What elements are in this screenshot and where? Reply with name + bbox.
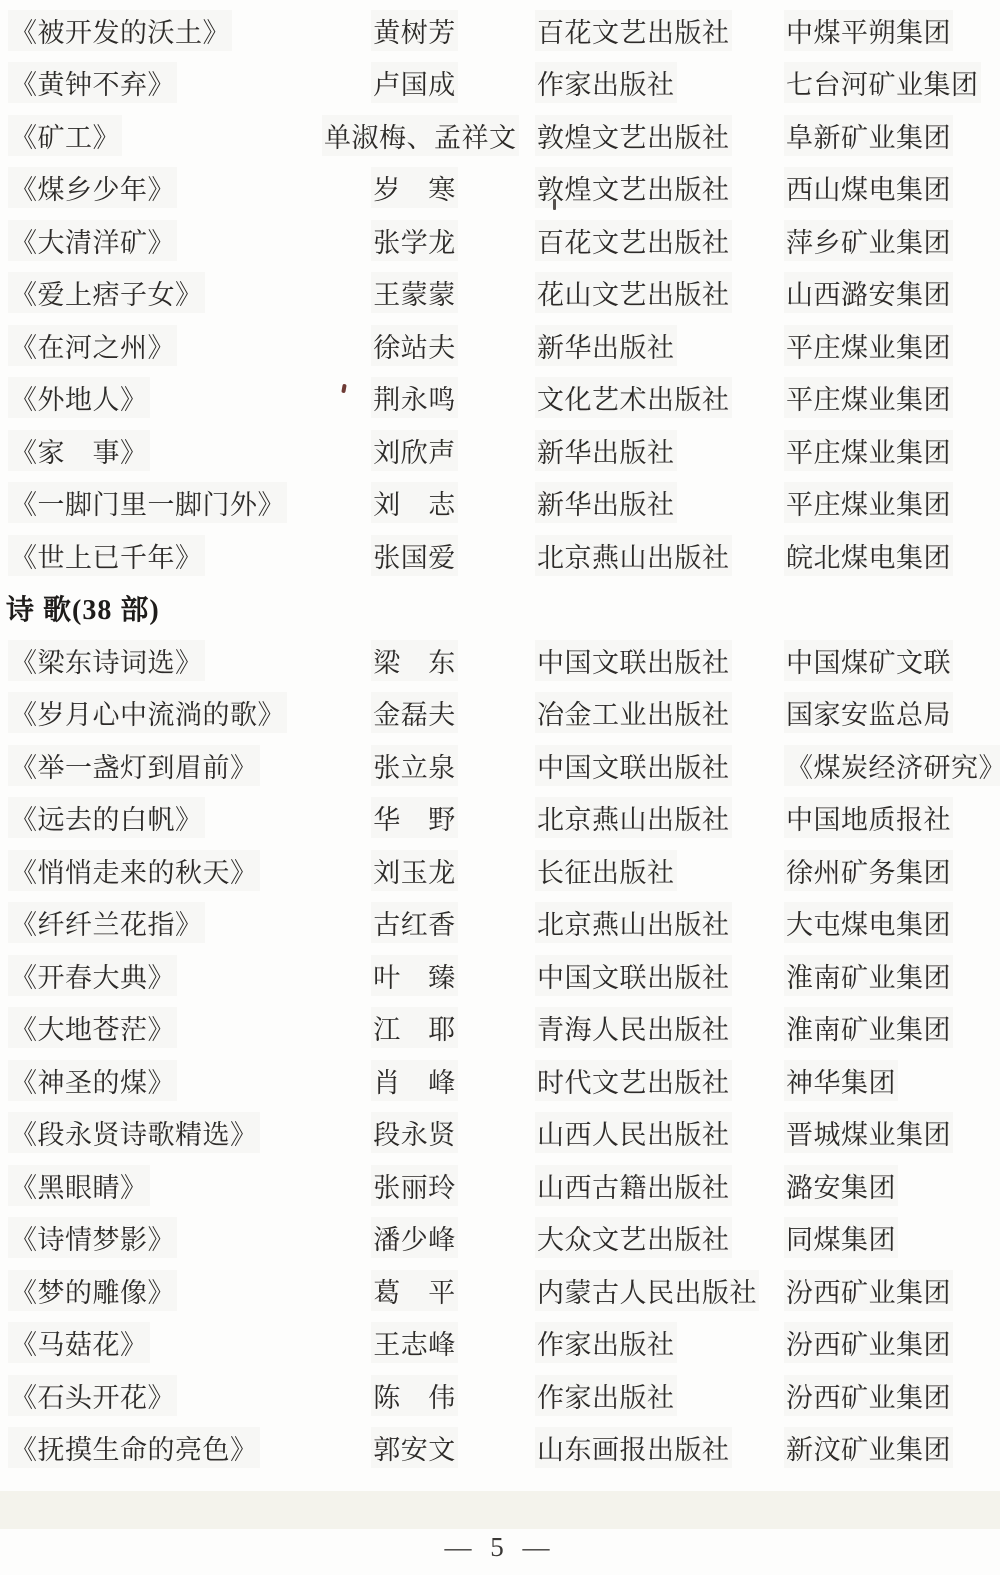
page-number: — 5 — (445, 1532, 556, 1562)
book-author: 张丽玲 (371, 1165, 458, 1206)
book-organization: 大屯煤电集团 (784, 902, 953, 943)
book-publisher: 新华出版社 (535, 430, 677, 471)
book-title: 《马菇花》 (8, 1322, 150, 1363)
book-publisher: 文化艺术出版社 (535, 377, 732, 418)
book-author: 华 野 (371, 797, 458, 838)
book-author: 张立泉 (371, 745, 458, 786)
book-organization: 神华集团 (784, 1060, 898, 1101)
book-organization: 同煤集团 (784, 1217, 898, 1258)
book-organization: 淮南矿业集团 (784, 1007, 953, 1048)
book-organization: 《煤炭经济研究》 (784, 745, 1000, 786)
book-author: 叶 臻 (371, 955, 458, 996)
book-row: 《大清洋矿》 张学龙 百花文艺出版社 萍乡矿业集团 (0, 214, 1000, 267)
book-row: 《世上已千年》 张国爱 北京燕山出版社 皖北煤电集团 (0, 529, 1000, 582)
book-title: 《世上已千年》 (8, 535, 205, 576)
book-title: 《段永贤诗歌精选》 (8, 1112, 260, 1153)
book-title: 《诗情梦影》 (8, 1217, 177, 1258)
book-publisher: 山西人民出版社 (535, 1112, 732, 1153)
book-author: 郭安文 (371, 1427, 458, 1468)
page-footer: — 5 — (0, 1532, 1000, 1563)
book-title: 《在河之州》 (8, 325, 177, 366)
book-publisher: 新华出版社 (535, 325, 677, 366)
book-author: 刘 志 (371, 482, 458, 523)
book-title: 《被开发的沃土》 (8, 10, 232, 51)
book-row: 《被开发的沃土》 黄树芳 百花文艺出版社 中煤平朔集团 (0, 4, 1000, 57)
book-organization: 平庄煤业集团 (784, 377, 953, 418)
book-author: 单淑梅、孟祥文 (322, 115, 519, 156)
book-row: 《抚摸生命的亮色》 郭安文 山东画报出版社 新汶矿业集团 (0, 1422, 1000, 1475)
book-publisher: 山西古籍出版社 (535, 1165, 732, 1206)
book-organization: 晋城煤业集团 (784, 1112, 953, 1153)
book-row: 《梁东诗词选》 梁 东 中国文联出版社 中国煤矿文联 (0, 634, 1000, 687)
book-author: 陈 伟 (371, 1375, 458, 1416)
book-organization: 萍乡矿业集团 (784, 220, 953, 261)
book-row: 《爱上痞子女》 王蒙蒙 花山文艺出版社 山西潞安集团 (0, 267, 1000, 320)
book-row: 《悄悄走来的秋天》 刘玉龙 长征出版社 徐州矿务集团 (0, 844, 1000, 897)
book-author: 黄树芳 (371, 10, 458, 51)
book-organization: 山西潞安集团 (784, 272, 953, 313)
book-row: 《煤乡少年》 岁 寒 敦煌文艺出版社 西山煤电集团 (0, 162, 1000, 215)
book-publisher: 内蒙古人民出版社 (535, 1270, 759, 1311)
book-publisher: 北京燕山出版社 (535, 902, 732, 943)
book-row: 《举一盏灯到眉前》 张立泉 中国文联出版社 《煤炭经济研究》 (0, 739, 1000, 792)
book-title: 《神圣的煤》 (8, 1060, 177, 1101)
section-header: 诗 歌(38 部) (6, 588, 160, 628)
book-organization: 汾西矿业集团 (784, 1322, 953, 1363)
book-author: 葛 平 (371, 1270, 458, 1311)
book-publisher: 百花文艺出版社 (535, 220, 732, 261)
book-row: 《在河之州》 徐站夫 新华出版社 平庄煤业集团 (0, 319, 1000, 372)
book-title: 《家 事》 (8, 430, 150, 471)
book-row: 《外地人》 荆永鸣 文化艺术出版社 平庄煤业集团 (0, 372, 1000, 425)
book-organization: 潞安集团 (784, 1165, 898, 1206)
book-publisher: 作家出版社 (535, 1322, 677, 1363)
book-publisher: 敦煌文艺出版社 (535, 115, 732, 156)
book-title: 《黑眼睛》 (8, 1165, 150, 1206)
book-organization: 皖北煤电集团 (784, 535, 953, 576)
book-author: 岁 寒 (371, 167, 458, 208)
book-author: 荆永鸣 (371, 377, 458, 418)
book-row: 《远去的白帆》 华 野 北京燕山出版社 中国地质报社 (0, 792, 1000, 845)
book-organization: 汾西矿业集团 (784, 1375, 953, 1416)
book-publisher: 作家出版社 (535, 1375, 677, 1416)
book-author: 王蒙蒙 (371, 272, 458, 313)
book-author: 刘玉龙 (371, 850, 458, 891)
book-publisher: 中国文联出版社 (535, 955, 732, 996)
book-title: 《一脚门里一脚门外》 (8, 482, 287, 523)
book-row: 《黑眼睛》 张丽玲 山西古籍出版社 潞安集团 (0, 1159, 1000, 1212)
scan-artifact-tick (553, 199, 556, 210)
book-author: 卢国成 (371, 62, 458, 103)
footer-shade-band (0, 1491, 1000, 1529)
book-row: 《诗情梦影》 潘少峰 大众文艺出版社 同煤集团 (0, 1212, 1000, 1265)
book-author: 梁 东 (371, 640, 458, 681)
scanned-page: 《被开发的沃土》 黄树芳 百花文艺出版社 中煤平朔集团 《黄钟不弃》 卢国成 作… (0, 0, 1000, 1575)
book-title: 《外地人》 (8, 377, 150, 418)
book-organization: 七台河矿业集团 (784, 62, 981, 103)
book-list: 《被开发的沃土》 黄树芳 百花文艺出版社 中煤平朔集团 《黄钟不弃》 卢国成 作… (0, 0, 1000, 1474)
book-title: 《悄悄走来的秋天》 (8, 850, 260, 891)
book-author: 潘少峰 (371, 1217, 458, 1258)
book-title: 《梁东诗词选》 (8, 640, 205, 681)
book-author: 金磊夫 (371, 692, 458, 733)
book-row: 《纤纤兰花指》 古红香 北京燕山出版社 大屯煤电集团 (0, 897, 1000, 950)
book-title: 《梦的雕像》 (8, 1270, 177, 1311)
book-title: 《大地苍茫》 (8, 1007, 177, 1048)
book-organization: 新汶矿业集团 (784, 1427, 953, 1468)
book-title: 《石头开花》 (8, 1375, 177, 1416)
book-title: 《岁月心中流淌的歌》 (8, 692, 287, 733)
book-row: 《神圣的煤》 肖 峰 时代文艺出版社 神华集团 (0, 1054, 1000, 1107)
book-publisher: 山东画报出版社 (535, 1427, 732, 1468)
book-organization: 国家安监总局 (784, 692, 953, 733)
book-row: 《岁月心中流淌的歌》 金磊夫 冶金工业出版社 国家安监总局 (0, 687, 1000, 740)
book-title: 《举一盏灯到眉前》 (8, 745, 260, 786)
book-publisher: 敦煌文艺出版社 (535, 167, 732, 208)
book-publisher: 时代文艺出版社 (535, 1060, 732, 1101)
section-header-row: 诗 歌(38 部) (0, 582, 1000, 635)
book-author: 徐站夫 (371, 325, 458, 366)
book-row: 《大地苍茫》 江 耶 青海人民出版社 淮南矿业集团 (0, 1002, 1000, 1055)
book-title: 《大清洋矿》 (8, 220, 177, 261)
book-author: 张学龙 (371, 220, 458, 261)
book-author: 古红香 (371, 902, 458, 943)
book-row: 《矿工》 单淑梅、孟祥文 敦煌文艺出版社 阜新矿业集团 (0, 109, 1000, 162)
book-organization: 西山煤电集团 (784, 167, 953, 208)
book-title: 《爱上痞子女》 (8, 272, 205, 313)
book-publisher: 百花文艺出版社 (535, 10, 732, 51)
book-publisher: 花山文艺出版社 (535, 272, 732, 313)
book-author: 王志峰 (371, 1322, 458, 1363)
book-row: 《一脚门里一脚门外》 刘 志 新华出版社 平庄煤业集团 (0, 477, 1000, 530)
book-publisher: 大众文艺出版社 (535, 1217, 732, 1258)
book-publisher: 北京燕山出版社 (535, 535, 732, 576)
book-publisher: 长征出版社 (535, 850, 677, 891)
book-author: 段永贤 (371, 1112, 458, 1153)
book-organization: 中国煤矿文联 (784, 640, 953, 681)
book-organization: 中煤平朔集团 (784, 10, 953, 51)
book-publisher: 中国文联出版社 (535, 640, 732, 681)
book-author: 江 耶 (371, 1007, 458, 1048)
book-organization: 平庄煤业集团 (784, 482, 953, 523)
book-title: 《纤纤兰花指》 (8, 902, 205, 943)
book-title: 《抚摸生命的亮色》 (8, 1427, 260, 1468)
book-row: 《黄钟不弃》 卢国成 作家出版社 七台河矿业集团 (0, 57, 1000, 110)
book-row: 《家 事》 刘欣声 新华出版社 平庄煤业集团 (0, 424, 1000, 477)
book-organization: 平庄煤业集团 (784, 325, 953, 366)
book-publisher: 作家出版社 (535, 62, 677, 103)
book-organization: 淮南矿业集团 (784, 955, 953, 996)
book-organization: 汾西矿业集团 (784, 1270, 953, 1311)
book-title: 《煤乡少年》 (8, 167, 177, 208)
book-title: 《远去的白帆》 (8, 797, 205, 838)
book-organization: 平庄煤业集团 (784, 430, 953, 471)
book-publisher: 中国文联出版社 (535, 745, 732, 786)
book-organization: 中国地质报社 (784, 797, 953, 838)
book-organization: 徐州矿务集团 (784, 850, 953, 891)
book-row: 《马菇花》 王志峰 作家出版社 汾西矿业集团 (0, 1317, 1000, 1370)
book-row: 《开春大典》 叶 臻 中国文联出版社 淮南矿业集团 (0, 949, 1000, 1002)
book-publisher: 北京燕山出版社 (535, 797, 732, 838)
book-title: 《开春大典》 (8, 955, 177, 996)
book-publisher: 青海人民出版社 (535, 1007, 732, 1048)
book-author: 张国爱 (371, 535, 458, 576)
book-row: 《石头开花》 陈 伟 作家出版社 汾西矿业集团 (0, 1369, 1000, 1422)
book-row: 《段永贤诗歌精选》 段永贤 山西人民出版社 晋城煤业集团 (0, 1107, 1000, 1160)
book-publisher: 新华出版社 (535, 482, 677, 523)
book-organization: 阜新矿业集团 (784, 115, 953, 156)
book-author: 肖 峰 (371, 1060, 458, 1101)
book-publisher: 冶金工业出版社 (535, 692, 732, 733)
book-title: 《黄钟不弃》 (8, 62, 177, 103)
book-author: 刘欣声 (371, 430, 458, 471)
book-row: 《梦的雕像》 葛 平 内蒙古人民出版社 汾西矿业集团 (0, 1264, 1000, 1317)
book-title: 《矿工》 (8, 115, 122, 156)
